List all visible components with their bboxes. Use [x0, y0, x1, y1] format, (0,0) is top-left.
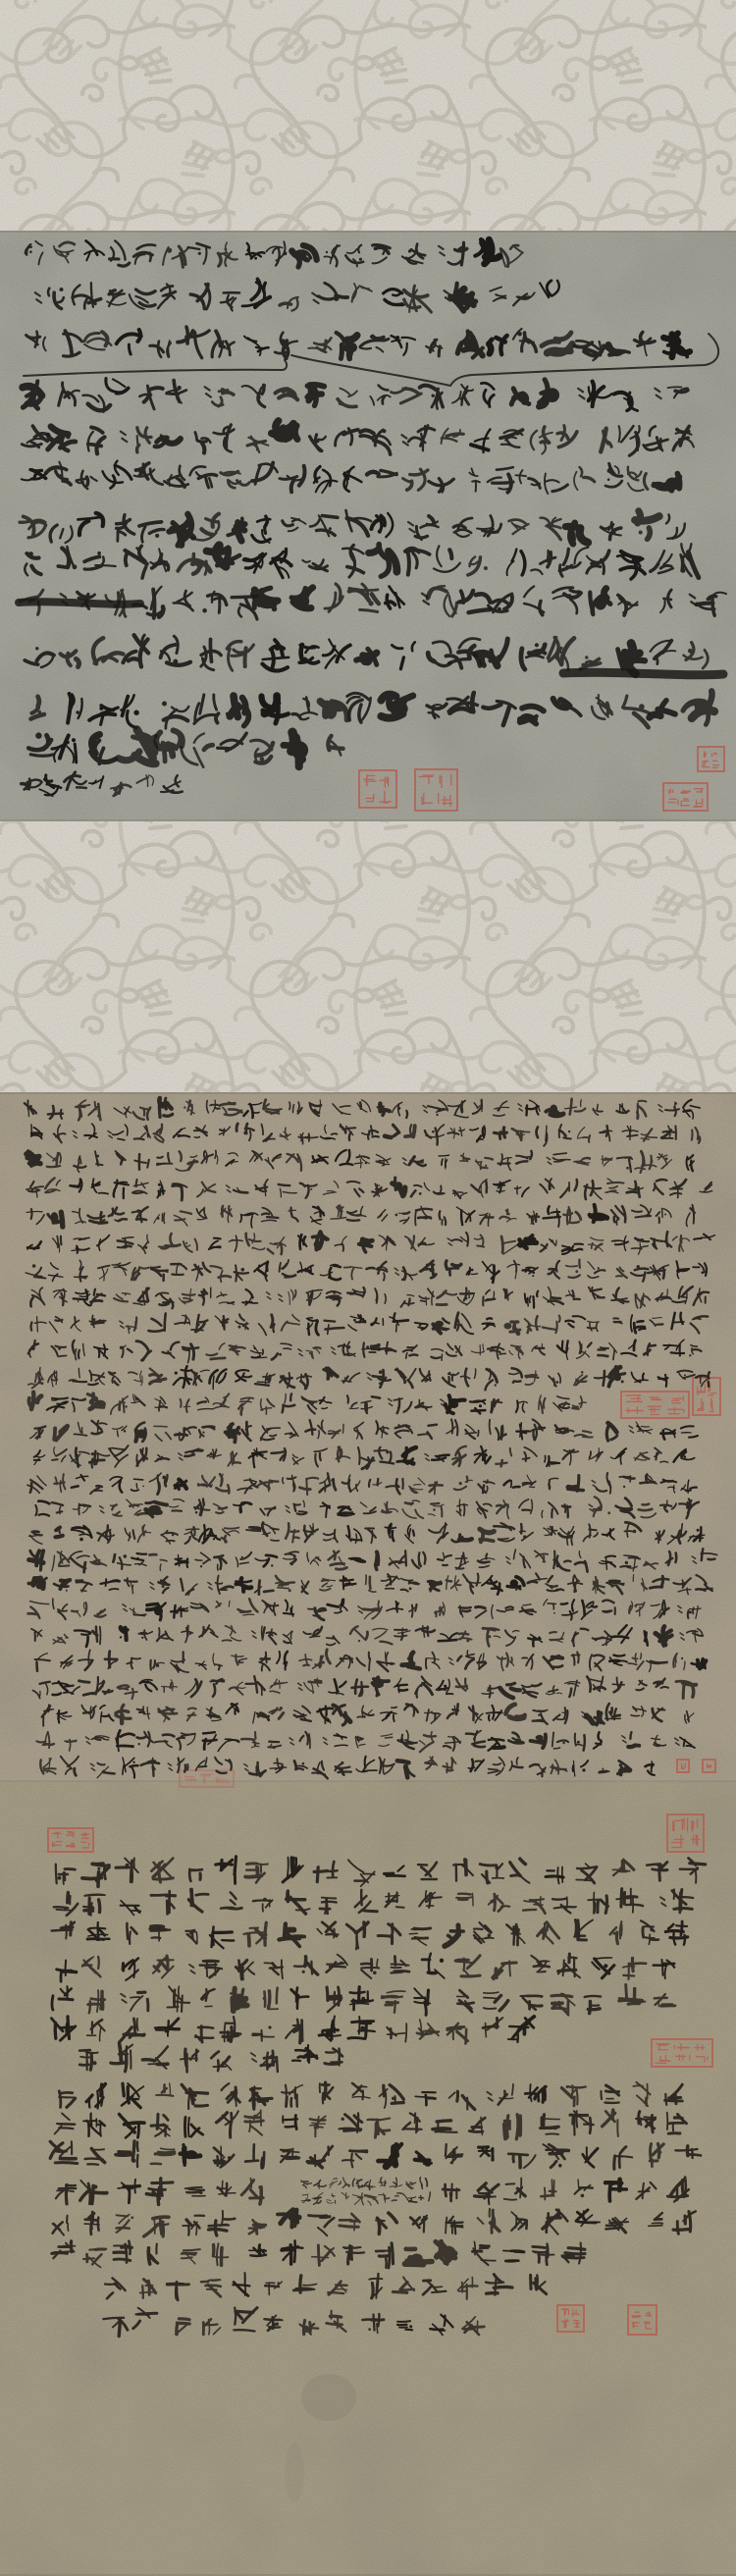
seal-stamp: [415, 769, 457, 811]
handscroll: [0, 0, 736, 2576]
seal-stamp: [693, 1378, 720, 1415]
seal-stamp: [663, 783, 708, 811]
seal-stamp: [621, 1392, 689, 1418]
calligraphy-panel-tan: [0, 1092, 736, 2576]
brocade-mounting-middle: [0, 821, 736, 1092]
paper-edge: [0, 1092, 736, 1094]
seal-stamp: [628, 2305, 657, 2335]
seal-stamp: [557, 2305, 584, 2332]
paper-edge: [0, 231, 736, 233]
calligraphy-panel-grey: [0, 231, 736, 821]
paper-stain: [301, 2374, 356, 2421]
seal-stamp: [667, 1814, 704, 1852]
seal-stamp: [359, 770, 396, 808]
ink-editorial-mark: [19, 602, 140, 605]
seal-stamp: [698, 747, 724, 771]
paper-stain: [285, 2444, 304, 2502]
seal-stamp: [703, 1760, 715, 1772]
seal-stamp: [677, 1760, 689, 1772]
seal-stamp: [652, 2039, 712, 2067]
seal-stamp: [48, 1828, 93, 1852]
ink-editorial-mark: [563, 672, 723, 675]
brocade-mounting-top: [0, 0, 736, 231]
